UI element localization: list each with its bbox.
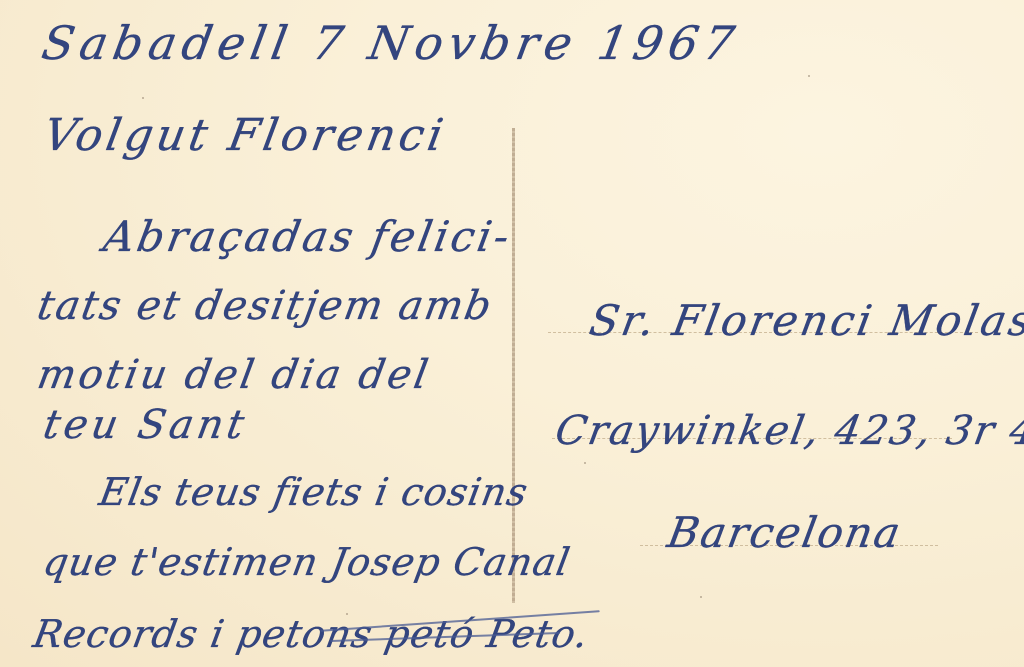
paper-speck	[584, 462, 586, 464]
place-and-date: Sabadell 7 Novbre 1967	[38, 16, 744, 70]
message-line-5: Els teus fiets i cosins	[96, 470, 532, 514]
recipient-street: Craywinkel, 423, 3r 4a	[552, 408, 1024, 454]
center-divider-line	[512, 128, 515, 603]
paper-speck	[808, 75, 810, 77]
postcard-back: Sabadell 7 Novbre 1967 Volgut Florenci A…	[0, 0, 1024, 667]
message-line-3: motiu del dia del	[34, 352, 434, 398]
message-line-1: Abraçadas felici-	[100, 212, 516, 261]
paper-speck	[700, 596, 702, 598]
paper-speck	[142, 97, 144, 99]
message-line-2: tats et desitjem amb	[34, 283, 497, 329]
recipient-city: Barcelona	[664, 508, 906, 557]
message-line-6-with-signature: que t'estimen Josep Canal	[40, 540, 574, 584]
greeting: Volgut Florenci	[40, 110, 451, 161]
message-line-4: teu Sant	[40, 402, 251, 448]
recipient-name: Sr. Florenci Molas	[586, 296, 1024, 345]
